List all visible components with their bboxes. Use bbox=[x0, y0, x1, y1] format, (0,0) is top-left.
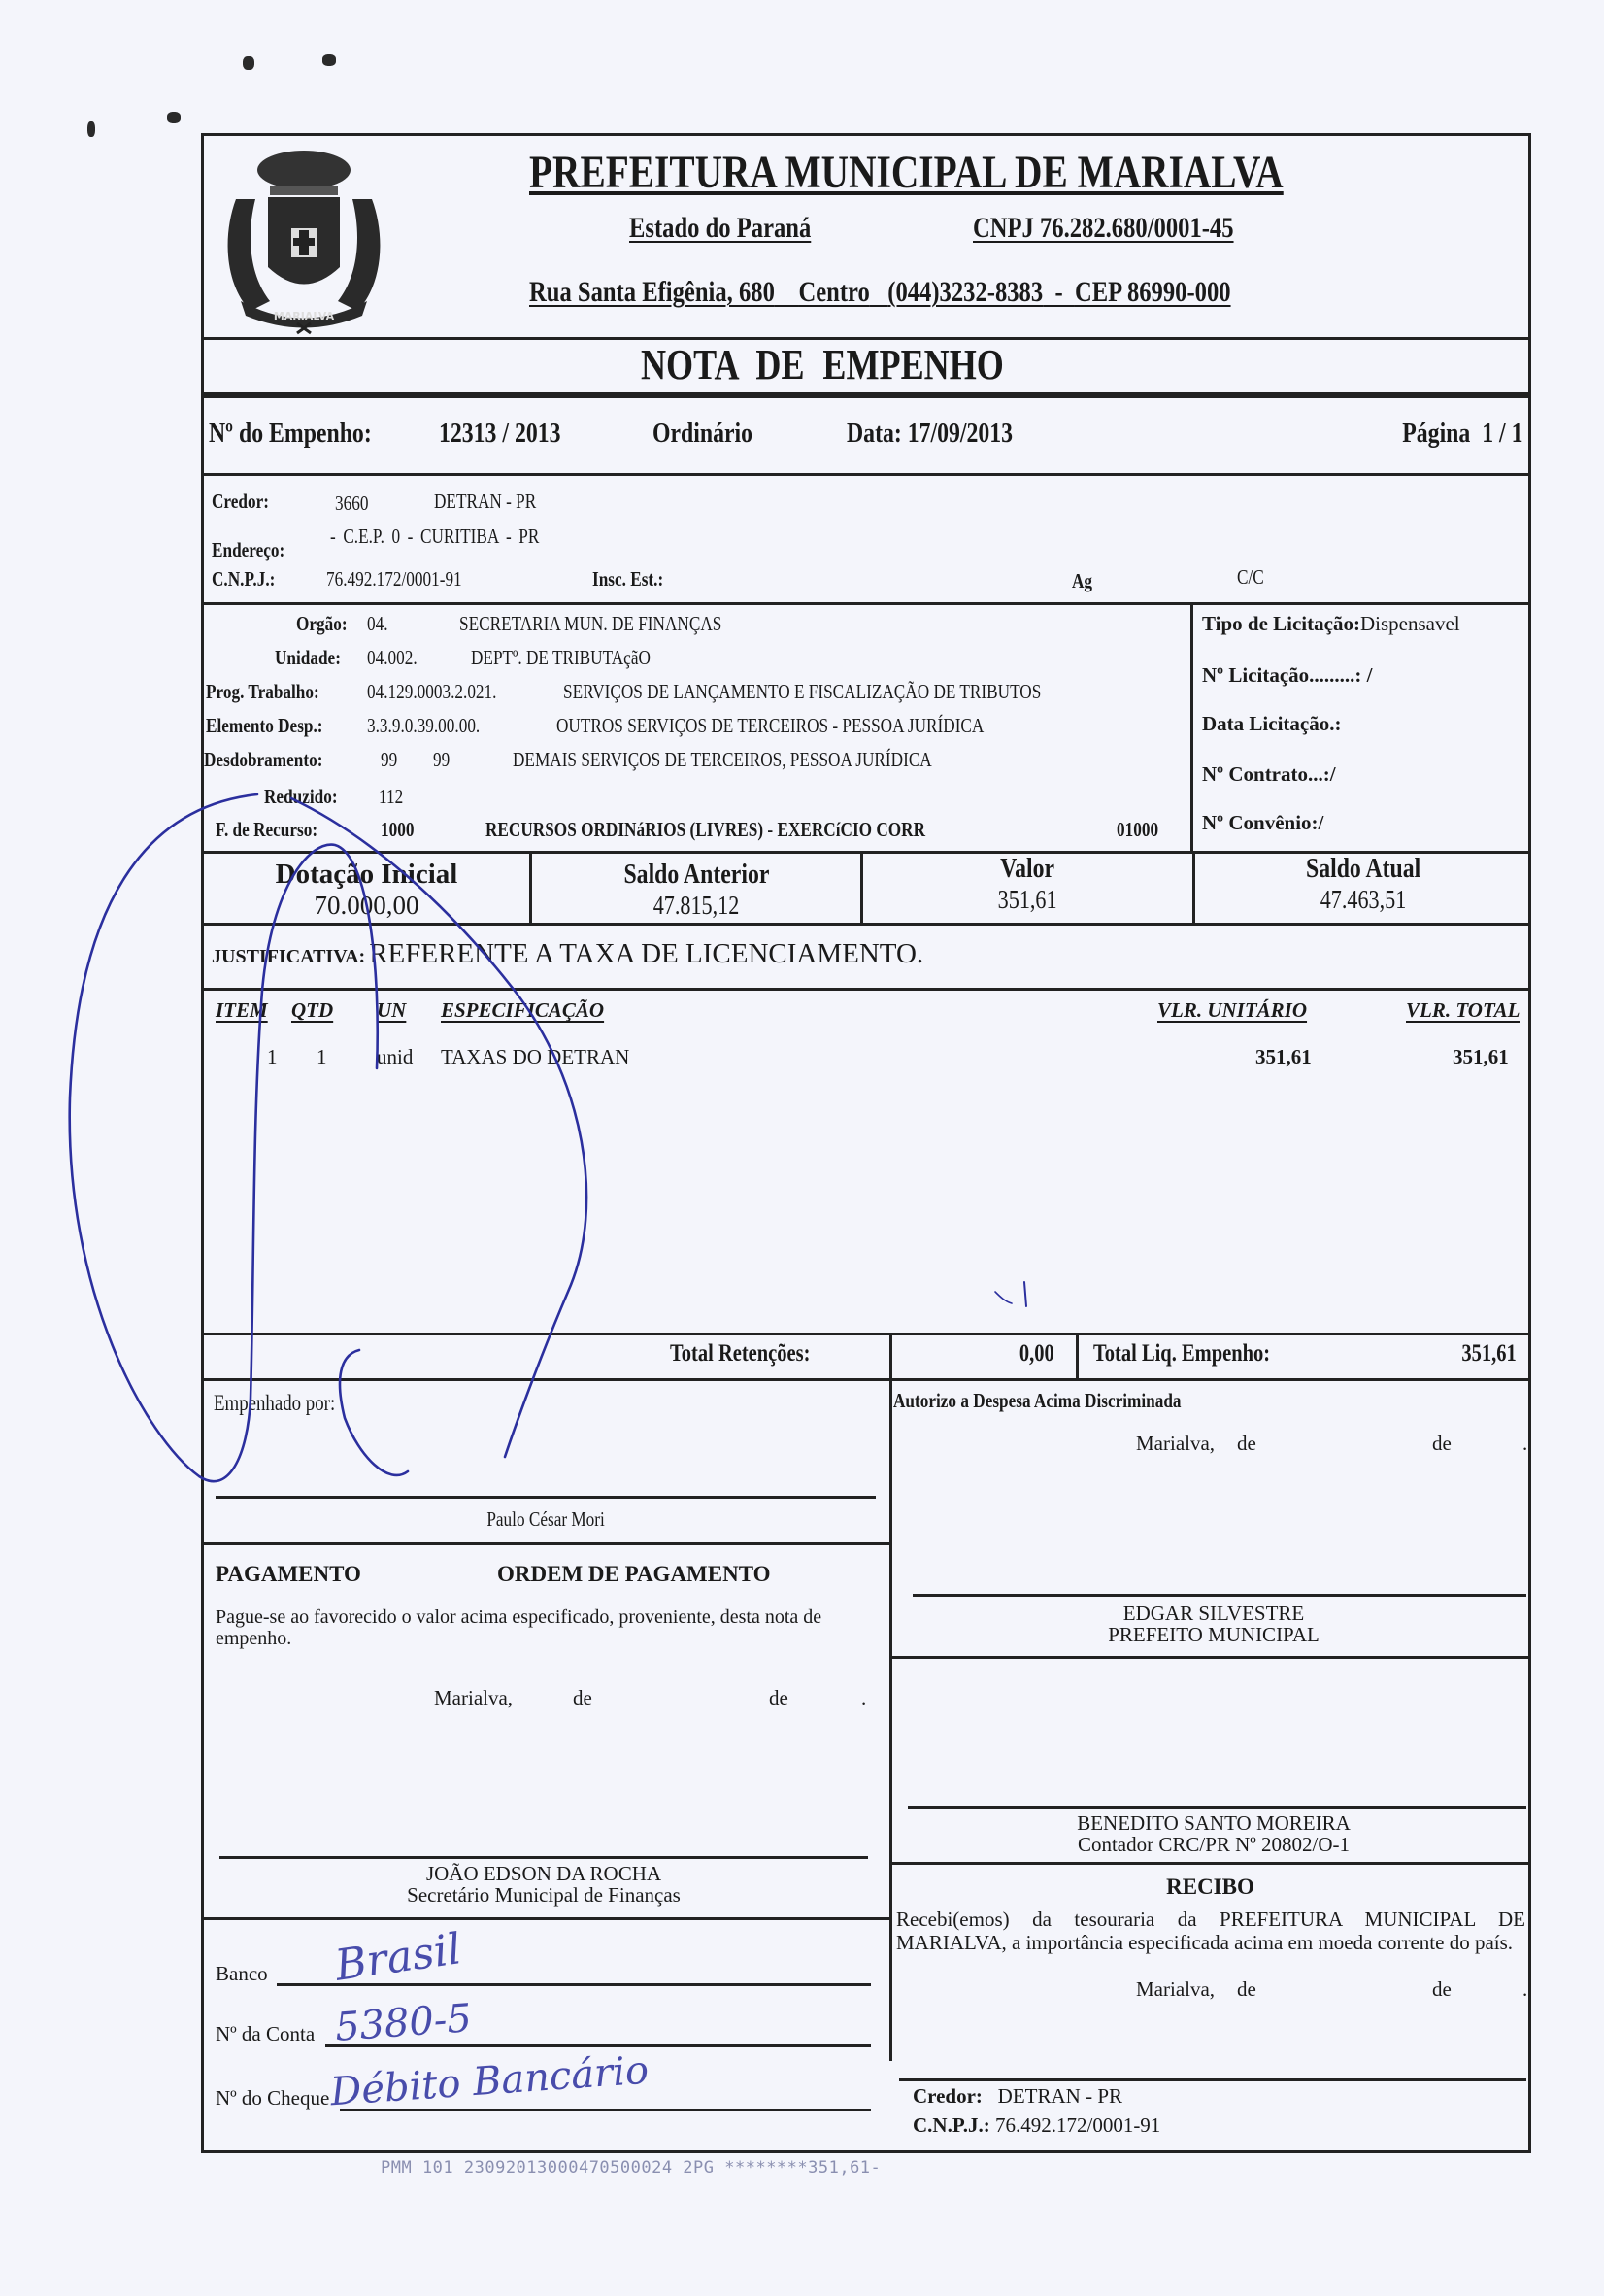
cheque-field-line[interactable] bbox=[340, 2109, 871, 2111]
page-indicator: Página 1 / 1 bbox=[1376, 418, 1522, 450]
punch-hole bbox=[167, 112, 181, 123]
svg-text:MARIALVA: MARIALVA bbox=[274, 310, 335, 322]
divider bbox=[201, 1378, 1531, 1381]
autorizo-de-2: de bbox=[1432, 1432, 1452, 1456]
state-name: Estado do Paraná bbox=[629, 212, 851, 245]
secretario-name: JOÃO EDSON DA ROCHA bbox=[204, 1863, 884, 1884]
reduzido-label: Reduzido: bbox=[264, 785, 338, 809]
row-qtd: 1 bbox=[317, 1045, 327, 1069]
recibo-de-1: de bbox=[1237, 1977, 1256, 2002]
credor-name: DETRAN - PR bbox=[434, 490, 558, 514]
pagamento-de-1: de bbox=[573, 1686, 592, 1710]
total-liq-empenho-value: 351,61 bbox=[1359, 1340, 1517, 1367]
elemento-label: Elemento Desp.: bbox=[206, 714, 323, 738]
punch-hole bbox=[322, 54, 336, 66]
saldo-anterior: Saldo Anterior 47.815,12 bbox=[532, 859, 860, 921]
total-liq-empenho-label: Total Liq. Empenho: bbox=[1093, 1340, 1309, 1367]
empenho-date: Data: 17/09/2013 bbox=[847, 418, 1050, 450]
contador-name: BENEDITO SANTO MOREIRA bbox=[893, 1812, 1534, 1834]
row-item: 1 bbox=[267, 1045, 278, 1069]
elemento-code: 3.3.9.0.39.00.00. bbox=[367, 714, 480, 738]
col-un: UN bbox=[377, 998, 406, 1023]
pagamento-de-2: de bbox=[769, 1686, 788, 1710]
divider bbox=[201, 473, 1531, 476]
signature-line bbox=[216, 1496, 876, 1499]
orgao-name: SECRETARIA MUN. DE FINANÇAS bbox=[459, 612, 721, 636]
recibo-cnpj-value: 76.492.172/0001-91 bbox=[995, 2113, 1160, 2137]
recibo-de-2: de bbox=[1432, 1977, 1452, 2002]
header-phone: (044)3232-8383 bbox=[887, 276, 1043, 308]
header-address: Rua Santa Efigênia, 680 bbox=[529, 276, 775, 308]
col-especificacao: ESPECIFICAÇÃO bbox=[441, 998, 604, 1023]
col-vlr-unitario: VLR. UNITÁRIO bbox=[1157, 998, 1307, 1023]
data-licitacao: Data Licitação.: bbox=[1202, 712, 1341, 736]
page-label: Página bbox=[1402, 418, 1470, 449]
recibo-text: Recebi(emos) da tesouraria da PREFEITURA… bbox=[896, 1908, 1525, 1954]
conta-handwritten: 5380-5 bbox=[334, 1996, 474, 2050]
saldo-valor: Valor 351,61 bbox=[863, 853, 1192, 915]
header-address-line: Rua Santa Efigênia, 680 Centro (044)3232… bbox=[529, 276, 1385, 309]
punch-hole bbox=[243, 56, 254, 70]
empenho-number: 12313 / 2013 bbox=[439, 418, 587, 450]
recibo-title: RECIBO bbox=[889, 1874, 1531, 1900]
saldo-atual: Saldo Atual 47.463,51 bbox=[1195, 853, 1531, 915]
tipo-licitacao-label: Tipo de Licitação: bbox=[1202, 612, 1360, 635]
divider bbox=[889, 1333, 892, 2061]
numero-contrato: Nº Contrato...:/ bbox=[1202, 762, 1336, 787]
numero-convenio: Nº Convênio:/ bbox=[1202, 811, 1323, 835]
divider bbox=[1076, 1333, 1079, 1379]
col-qtd: QTD bbox=[291, 998, 333, 1023]
row-un: unid bbox=[377, 1045, 413, 1069]
ordem-pagamento-label: ORDEM DE PAGAMENTO bbox=[497, 1562, 771, 1587]
col-item: ITEM bbox=[216, 998, 268, 1023]
recibo-cnpj-label: C.N.P.J.: bbox=[913, 2113, 990, 2137]
recibo-credor-label: Credor: bbox=[913, 2084, 983, 2108]
unidade-label: Unidade: bbox=[275, 646, 341, 670]
desdobramento-label: Desdobramento: bbox=[204, 748, 322, 772]
endereco-value: - C.E.P. 0 - CURITIBA - PR bbox=[330, 524, 585, 549]
signature-line bbox=[913, 1594, 1526, 1597]
total-retencoes-label: Total Retenções: bbox=[670, 1340, 841, 1367]
empenhado-por-label: Empenhado por: bbox=[214, 1391, 362, 1416]
autorizo-dot: . bbox=[1522, 1432, 1527, 1456]
pagamento-place: Marialva, bbox=[434, 1686, 513, 1710]
cnpj-value: 76.492.172/0001-91 bbox=[326, 567, 491, 591]
empenho-type: Ordinário bbox=[652, 418, 775, 450]
divider bbox=[889, 1862, 1531, 1865]
saldo-label: Dotação Inicial bbox=[204, 859, 529, 891]
municipality-title: PREFEITURA MUNICIPAL DE MARIALVA bbox=[529, 146, 1403, 199]
autorizo-de-1: de bbox=[1237, 1432, 1256, 1456]
insc-est-label: Insc. Est.: bbox=[592, 567, 679, 591]
recibo-cnpj: C.N.P.J.: 76.492.172/0001-91 bbox=[913, 2113, 1160, 2138]
desdobramento-name: DEMAIS SERVIÇOS DE TERCEIROS, PESSOA JUR… bbox=[513, 748, 932, 772]
authentication-stamp: PMM 101 23092013000470500024 2PG *******… bbox=[381, 2158, 881, 2178]
empenho-date-value: 17/09/2013 bbox=[908, 418, 1013, 449]
saldo-label: Valor bbox=[863, 853, 1192, 885]
tipo-licitacao-value: Dispensavel bbox=[1360, 612, 1460, 635]
saldo-value: 47.815,12 bbox=[532, 891, 860, 921]
orgao-label: Orgão: bbox=[296, 612, 348, 636]
signature-line bbox=[899, 2078, 1526, 2081]
credor-label: Credor: bbox=[212, 490, 282, 514]
prefeito-signature-block: EDGAR SILVESTRE PREFEITO MUNICIPAL bbox=[893, 1603, 1534, 1645]
divider bbox=[1190, 602, 1193, 853]
page-value: 1 / 1 bbox=[1482, 418, 1522, 449]
cc-label: C/C bbox=[1237, 565, 1270, 590]
secretario-signature-block: JOÃO EDSON DA ROCHA Secretário Municipal… bbox=[204, 1863, 884, 1906]
row-vlr-unitario: 351,61 bbox=[1255, 1045, 1312, 1069]
saldo-value: 47.463,51 bbox=[1195, 885, 1531, 915]
orgao-code: 04. bbox=[367, 612, 388, 636]
recurso-label: F. de Recurso: bbox=[216, 818, 317, 842]
divider bbox=[889, 1656, 1531, 1659]
credor-code: 3660 bbox=[335, 491, 376, 516]
total-retencoes-value: 0,00 bbox=[889, 1340, 1054, 1367]
autorizo-label: Autorizo a Despesa Acima Discriminada bbox=[893, 1389, 1245, 1413]
numero-licitacao: Nº Licitação.........: / bbox=[1202, 663, 1373, 688]
prefeito-name: EDGAR SILVESTRE bbox=[893, 1603, 1534, 1624]
divider bbox=[201, 923, 1531, 926]
reduzido-value: 112 bbox=[379, 785, 403, 809]
doc-title: NOTA DE EMPENHO bbox=[641, 340, 1084, 389]
recurso-code-2: 01000 bbox=[1117, 818, 1158, 842]
pagamento-text: Pague-se ao favorecido o valor acima esp… bbox=[216, 1606, 837, 1649]
divider bbox=[201, 988, 1531, 991]
justificativa-text: REFERENTE A TAXA DE LICENCIAMENTO. bbox=[369, 938, 923, 969]
justificativa: JUSTIFICATIVA: REFERENTE A TAXA DE LICEN… bbox=[212, 938, 923, 970]
contador-signature-block: BENEDITO SANTO MOREIRA Contador CRC/PR N… bbox=[893, 1812, 1534, 1855]
banco-label: Banco bbox=[216, 1962, 268, 1986]
prog-name: SERVIÇOS DE LANÇAMENTO E FISCALIZAÇÃO DE… bbox=[563, 680, 1041, 704]
endereco-label: Endereço: bbox=[212, 538, 301, 562]
secretario-role: Secretário Municipal de Finanças bbox=[204, 1884, 884, 1906]
recibo-credor-value: DETRAN - PR bbox=[998, 2084, 1122, 2108]
elemento-name: OUTROS SERVIÇOS DE TERCEIROS - PESSOA JU… bbox=[556, 714, 984, 738]
empenho-number-label: Nº do Empenho: bbox=[209, 418, 408, 450]
empenhado-signer: Paulo César Mori bbox=[216, 1507, 876, 1532]
punch-hole bbox=[87, 121, 95, 137]
col-vlr-total: VLR. TOTAL bbox=[1406, 998, 1520, 1023]
conta-label: Nº da Conta bbox=[216, 2022, 315, 2046]
row-vlr-total: 351,61 bbox=[1453, 1045, 1509, 1069]
ag-label: Ag bbox=[1072, 569, 1097, 593]
municipality-cnpj: CNPJ 76.282.680/0001-45 bbox=[973, 212, 1290, 245]
unidade-name: DEPTº. DE TRIBUTAçãO bbox=[471, 646, 651, 670]
recibo-credor: Credor: DETRAN - PR bbox=[913, 2084, 1122, 2109]
divider bbox=[201, 1917, 890, 1920]
cheque-label: Nº do Cheque bbox=[216, 2086, 329, 2110]
saldo-value: 351,61 bbox=[863, 885, 1192, 915]
divider bbox=[201, 1542, 890, 1545]
saldo-label: Saldo Atual bbox=[1195, 853, 1531, 885]
cnpj-label: C.N.P.J.: bbox=[212, 567, 289, 591]
recibo-dot: . bbox=[1522, 1977, 1527, 2002]
desdobramento-code-1: 99 bbox=[381, 748, 397, 772]
desdobramento-code-2: 99 bbox=[433, 748, 450, 772]
saldo-value: 70.000,00 bbox=[204, 891, 529, 921]
unidade-code: 04.002. bbox=[367, 646, 418, 670]
divider bbox=[201, 1333, 1531, 1335]
header-district: Centro bbox=[798, 276, 869, 308]
saldo-dotacao-inicial: Dotação Inicial 70.000,00 bbox=[204, 859, 529, 921]
prefeito-role: PREFEITO MUNICIPAL bbox=[893, 1624, 1534, 1645]
header-cep: CEP 86990-000 bbox=[1075, 276, 1231, 308]
signature-line bbox=[908, 1806, 1526, 1809]
row-especificacao: TAXAS DO DETRAN bbox=[441, 1045, 629, 1069]
prog-code: 04.129.0003.2.021. bbox=[367, 680, 496, 704]
divider bbox=[201, 602, 1531, 605]
recibo-place: Marialva, bbox=[1136, 1977, 1215, 2002]
recurso-name: RECURSOS ORDINáRIOS (LIVRES) - EXERCíCIO… bbox=[485, 818, 925, 842]
recurso-code: 1000 bbox=[381, 818, 414, 842]
signature-line bbox=[219, 1856, 868, 1859]
contador-role: Contador CRC/PR Nº 20802/O-1 bbox=[893, 1834, 1534, 1855]
empenho-date-label: Data: bbox=[847, 418, 902, 449]
saldo-label: Saldo Anterior bbox=[532, 859, 860, 891]
justificativa-label: JUSTIFICATIVA: bbox=[212, 946, 365, 967]
pagamento-dot: . bbox=[861, 1686, 866, 1710]
pagamento-label: PAGAMENTO bbox=[216, 1562, 361, 1587]
autorizo-place: Marialva, bbox=[1136, 1432, 1215, 1456]
coat-of-arms-icon: MARIALVA bbox=[212, 141, 396, 335]
prog-label: Prog. Trabalho: bbox=[206, 680, 319, 704]
tipo-licitacao: Tipo de Licitação:Dispensavel bbox=[1202, 612, 1460, 636]
